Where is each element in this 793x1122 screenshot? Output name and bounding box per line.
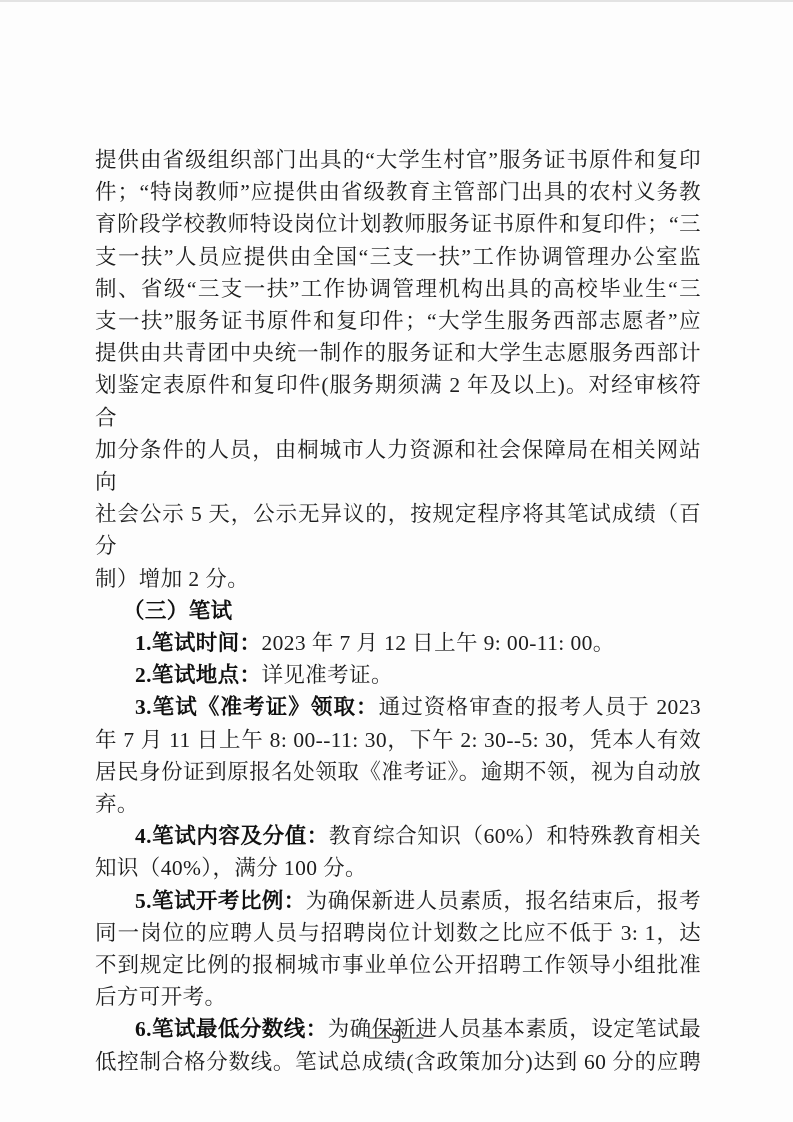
text-segment: 制）增加 2 分。	[95, 567, 249, 591]
text-segment: 为确保新进人员素质，报名结束后，报考	[306, 889, 701, 913]
section-heading: （三）笔试	[95, 595, 701, 627]
bold-label: 1.笔试时间：	[135, 631, 261, 655]
text-segment: 提供由共青团中央统一制作的服务证和大学生志愿服务西部计	[95, 341, 701, 365]
item-line: 4.笔试内容及分值：教育综合知识（60%）和特殊教育相关	[95, 820, 701, 852]
text-segment: 居民身份证到原报名处领取《准考证》。逾期不领，视为自动放	[95, 760, 701, 784]
body-line: 件；“特岗教师”应提供由省级教育主管部门出具的农村义务教	[95, 176, 701, 208]
text-segment: 社会公示 5 天，公示无异议的，按规定程序将其笔试成绩（百分	[95, 502, 701, 558]
text-segment: 知识（40%），满分 100 分。	[95, 856, 367, 880]
body-line: 弃。	[95, 788, 701, 820]
body-line: 同一岗位的应聘人员与招聘岗位计划数之比应不低于 3: 1，达	[95, 917, 701, 949]
bold-label: 5.笔试开考比例：	[135, 889, 306, 913]
text-segment: 年 7 月 11 日上午 8: 00--11: 30，下午 2: 30--5: …	[95, 728, 701, 752]
text-segment: 提供由省级组织部门出具的“大学生村官”服务证书原件和复印	[95, 148, 701, 172]
body-line: 支一扶”人员应提供由全国“三支一扶”工作协调管理办公室监	[95, 241, 701, 273]
body-line: 加分条件的人员，由桐城市人力资源和社会保障局在相关网站向	[95, 434, 701, 498]
body-line: 不到规定比例的报桐城市事业单位公开招聘工作领导小组批准	[95, 949, 701, 981]
body-line: 支一扶”服务证书原件和复印件；“大学生服务西部志愿者”应	[95, 305, 701, 337]
text-segment: 2023 年 7 月 12 日上午 9: 00-11: 00。	[261, 631, 614, 655]
body-line: 年 7 月 11 日上午 8: 00--11: 30，下午 2: 30--5: …	[95, 724, 701, 756]
text-segment: 支一扶”服务证书原件和复印件；“大学生服务西部志愿者”应	[95, 309, 701, 333]
text-segment: 加分条件的人员，由桐城市人力资源和社会保障局在相关网站向	[95, 438, 701, 494]
text-segment: 后方可开考。	[95, 985, 226, 1009]
body-line: 提供由共青团中央统一制作的服务证和大学生志愿服务西部计	[95, 337, 701, 369]
body-line: 育阶段学校教师特设岗位计划教师服务证书原件和复印件；“三	[95, 208, 701, 240]
item-line: 3.笔试《准考证》领取：通过资格审查的报考人员于 2023	[95, 691, 701, 723]
body-line: 制、省级“三支一扶”工作协调管理机构出具的高校毕业生“三	[95, 273, 701, 305]
text-segment: 划鉴定表原件和复印件(服务期须满 2 年及以上)。对经审核符合	[95, 373, 701, 429]
body-line: 提供由省级组织部门出具的“大学生村官”服务证书原件和复印	[95, 144, 701, 176]
body-line: 后方可开考。	[95, 981, 701, 1013]
bold-label: 3.笔试《准考证》领取：	[135, 695, 379, 719]
text-segment: 通过资格审查的报考人员于 2023	[379, 695, 701, 719]
text-segment: 不到规定比例的报桐城市事业单位公开招聘工作领导小组批准	[95, 953, 701, 977]
bold-label: 2.笔试地点：	[135, 663, 261, 687]
body-line: 知识（40%），满分 100 分。	[95, 852, 701, 884]
document-page: 提供由省级组织部门出具的“大学生村官”服务证书原件和复印件；“特岗教师”应提供由…	[0, 0, 793, 1122]
text-segment: 弃。	[95, 792, 139, 816]
body-line: 社会公示 5 天，公示无异议的，按规定程序将其笔试成绩（百分	[95, 498, 701, 562]
text-segment: 育阶段学校教师特设岗位计划教师服务证书原件和复印件；“三	[95, 212, 701, 236]
body-line: 居民身份证到原报名处领取《准考证》。逾期不领，视为自动放	[95, 756, 701, 788]
body-line: 划鉴定表原件和复印件(服务期须满 2 年及以上)。对经审核符合	[95, 369, 701, 433]
item-line: 1.笔试时间：2023 年 7 月 12 日上午 9: 00-11: 00。	[95, 627, 701, 659]
bold-label: 4.笔试内容及分值：	[135, 824, 329, 848]
body-line: 制）增加 2 分。	[95, 563, 701, 595]
item-line: 2.笔试地点：详见准考证。	[95, 659, 701, 691]
page-top-edge	[0, 0, 793, 2]
text-segment: 支一扶”人员应提供由全国“三支一扶”工作协调管理办公室监	[95, 245, 701, 269]
text-segment: 同一岗位的应聘人员与招聘岗位计划数之比应不低于 3: 1，达	[95, 921, 701, 945]
text-segment: 教育综合知识（60%）和特殊教育相关	[329, 824, 701, 848]
item-line: 5.笔试开考比例：为确保新进人员素质，报名结束后，报考	[95, 885, 701, 917]
text-segment: 制、省级“三支一扶”工作协调管理机构出具的高校毕业生“三	[95, 277, 701, 301]
page-number: —5—	[0, 1020, 793, 1052]
text-segment: 详见准考证。	[261, 663, 392, 687]
text-segment: 件；“特岗教师”应提供由省级教育主管部门出具的农村义务教	[95, 180, 701, 204]
bold-label: （三）笔试	[123, 599, 233, 623]
text-segment: 低控制合格分数线。笔试总成绩(含政策加分)达到 60 分的应聘	[95, 1050, 701, 1074]
page-body: 提供由省级组织部门出具的“大学生村官”服务证书原件和复印件；“特岗教师”应提供由…	[95, 144, 701, 1078]
